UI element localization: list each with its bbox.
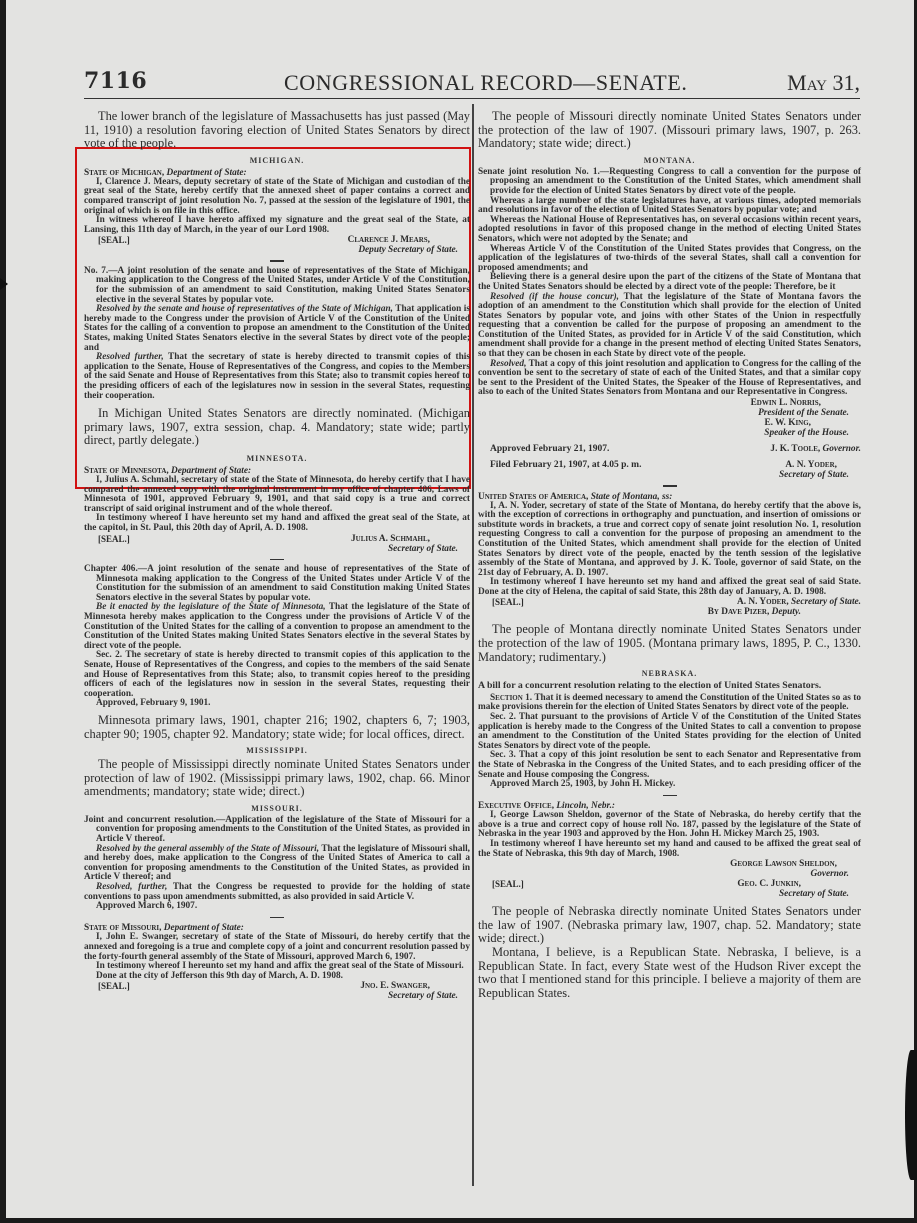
section-dash bbox=[663, 795, 677, 797]
montana-summary: The people of Montana directly nominate … bbox=[478, 623, 861, 664]
minnesota-section: MINNESOTA. State of Minnesota, Departmen… bbox=[84, 454, 470, 741]
nebraska-summary: The people of Nebraska directly nominate… bbox=[478, 905, 861, 946]
resolution-title: Chapter 406.—A joint resolution of the s… bbox=[84, 565, 470, 603]
michigan-witness: In witness whereof I have hereto affixed… bbox=[84, 216, 470, 235]
margin-pointer-icon bbox=[0, 278, 8, 290]
mississippi-summary: The people of Mississippi directly nomin… bbox=[84, 758, 470, 799]
minnesota-testimony: In testimony whereof I have hereunto set… bbox=[84, 514, 470, 533]
nebraska-section: NEBRASKA. A bill for a concurrent resolu… bbox=[478, 669, 861, 1000]
missouri-summary: The people of Missouri directly nominate… bbox=[478, 110, 861, 151]
section-dash bbox=[663, 485, 677, 487]
closing-remarks: Montana, I believe, is a Republican Stat… bbox=[478, 946, 861, 1000]
section-heading-michigan: MICHIGAN. bbox=[84, 156, 470, 165]
signer-name: Julius A. Schmahl, bbox=[351, 534, 470, 544]
mississippi-section: MISSISSIPPI. The people of Mississippi d… bbox=[84, 746, 470, 799]
minnesota-summary: Minnesota primary laws, 1901, chapter 21… bbox=[84, 714, 470, 741]
missouri-section: MISSOURI. Joint and concurrent resolutio… bbox=[84, 804, 470, 1001]
michigan-section: MICHIGAN. State of Michigan, Department … bbox=[84, 156, 470, 448]
page-header: 7116 CONGRESSIONAL RECORD—SENATE. May 31… bbox=[84, 66, 860, 99]
resolution-title: No. 7.—A joint resolution of the senate … bbox=[84, 267, 470, 305]
minnesota-certificate: I, Julius A. Schmahl, secretary of state… bbox=[84, 476, 470, 514]
left-column: The lower branch of the legislature of M… bbox=[84, 110, 470, 1001]
michigan-certificate: I, Clarence J. Mears, deputy secretary o… bbox=[84, 178, 470, 216]
signer-title: Deputy Secretary of State. bbox=[84, 245, 470, 255]
right-column: The people of Missouri directly nominate… bbox=[478, 110, 861, 1005]
section-dash bbox=[270, 559, 284, 561]
resolved-further-clause: Resolved further, That the secretary of … bbox=[84, 353, 470, 401]
montana-section: MONTANA. Senate joint resolution No. 1.—… bbox=[478, 156, 861, 664]
section-dash bbox=[270, 917, 284, 919]
column-divider bbox=[472, 104, 474, 1186]
publication-title: CONGRESSIONAL RECORD—SENATE. bbox=[284, 70, 687, 96]
massachusetts-paragraph: The lower branch of the legislature of M… bbox=[84, 110, 470, 151]
michigan-summary: In Michigan United States Senators are d… bbox=[84, 407, 470, 448]
seal-mark: [SEAL.] bbox=[84, 235, 130, 245]
page-tear bbox=[905, 1050, 917, 1180]
section-heading-minnesota: MINNESOTA. bbox=[84, 454, 470, 463]
signer-name: Clarence J. Mears, bbox=[348, 235, 470, 245]
section-dash bbox=[270, 260, 284, 262]
header-date: May 31, bbox=[787, 70, 860, 96]
resolved-clause: Resolved by the senate and house of repr… bbox=[84, 305, 470, 353]
page-number: 7116 bbox=[84, 68, 147, 94]
